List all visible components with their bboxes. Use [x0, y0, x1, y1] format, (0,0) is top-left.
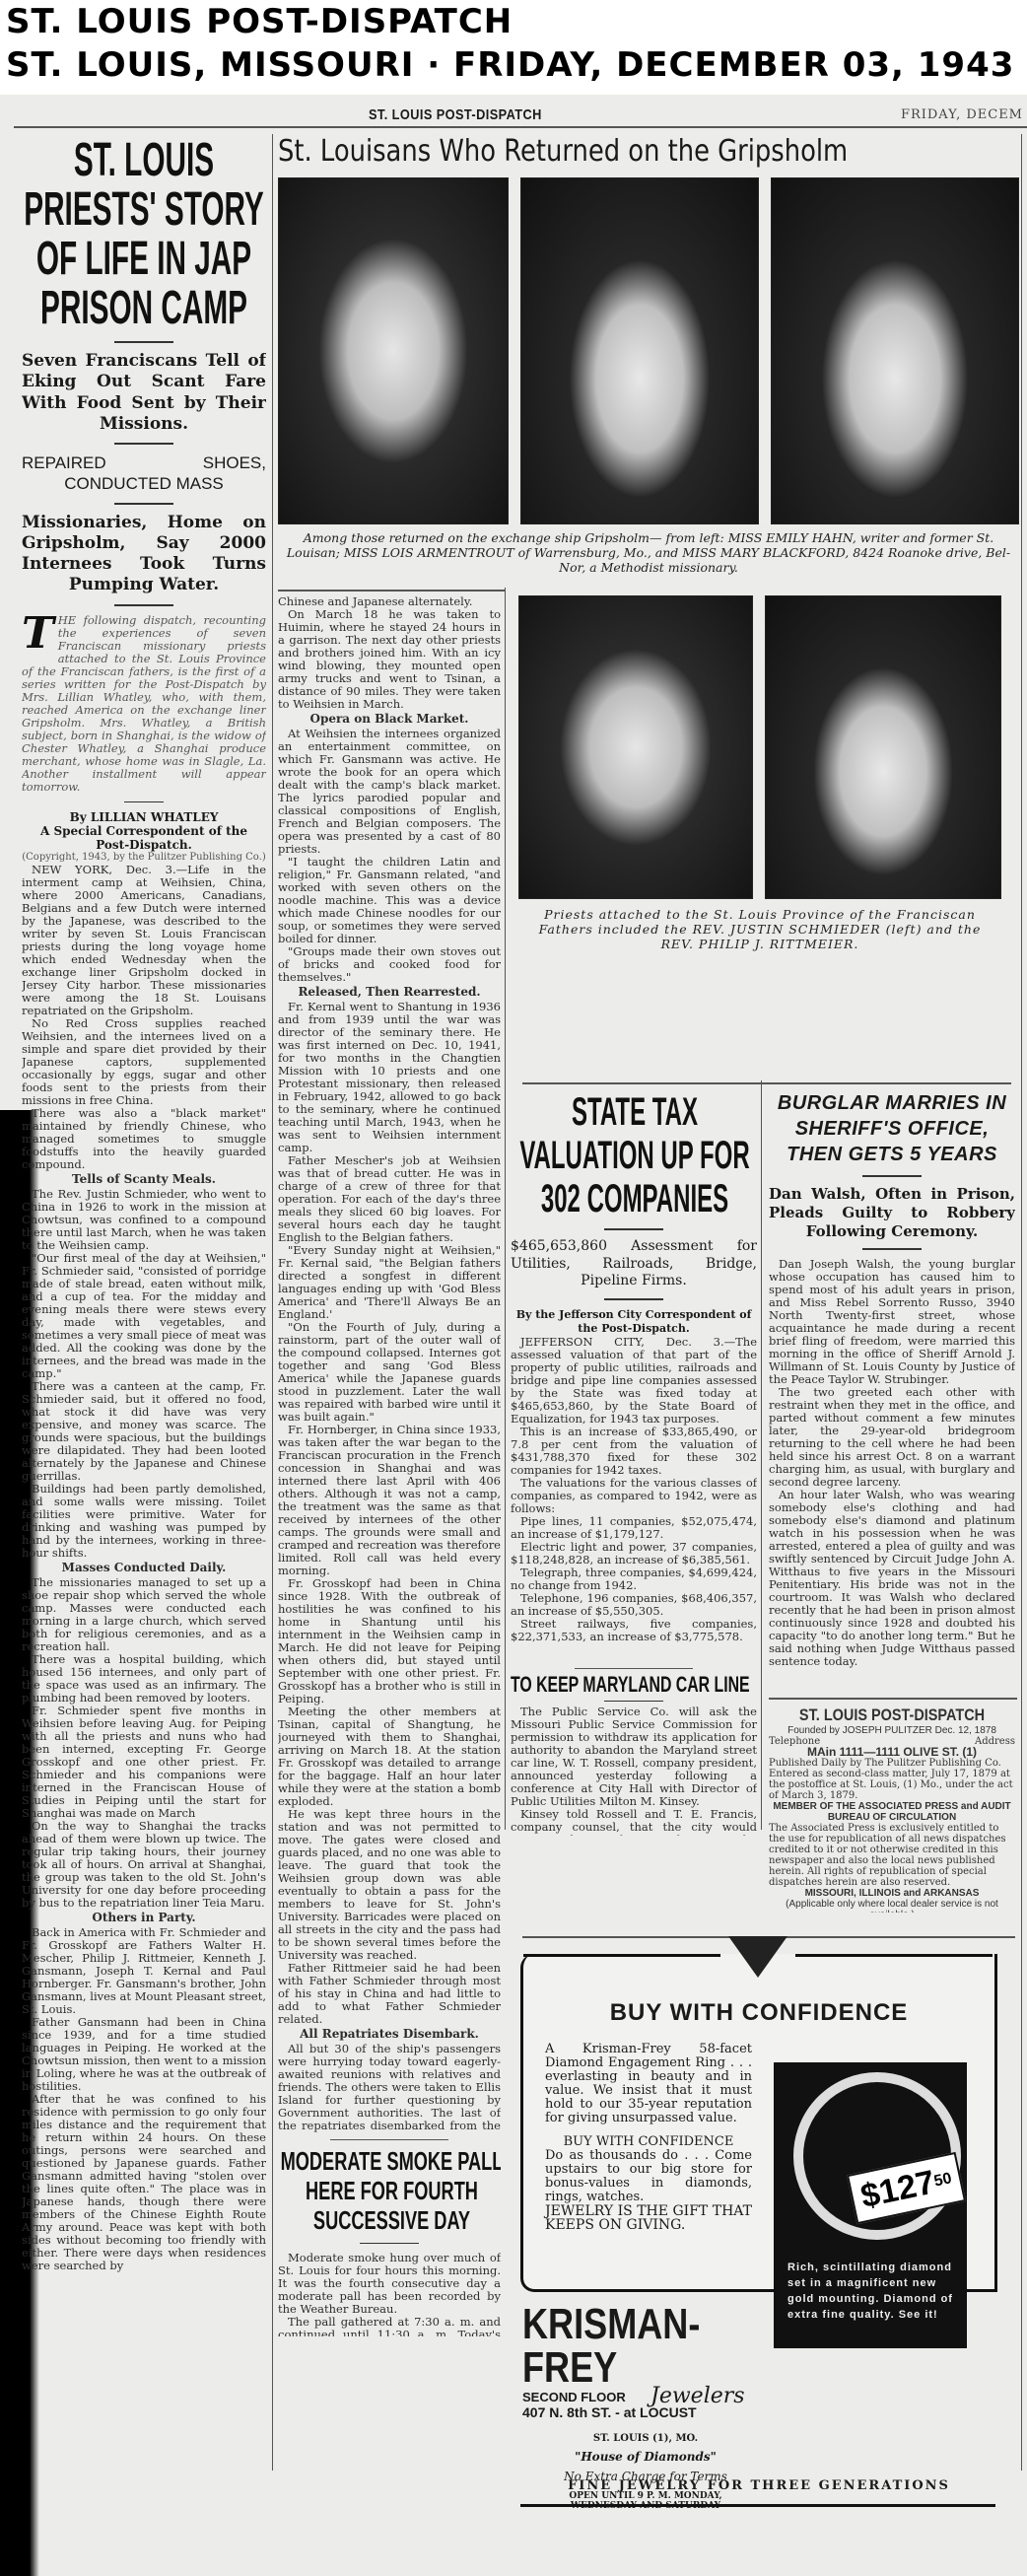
paragraph: Father Mescher's job at Weihsien was tha…: [278, 1154, 501, 1244]
subhead: Masses Conducted Daily.: [22, 1562, 266, 1574]
burglar-story: BURGLAR MARRIES IN SHERIFF'S OFFICE, THE…: [769, 1090, 1015, 1692]
ad-body-3: JEWELRY IS THE GIFT THAT KEEPS ON GIVING…: [545, 2204, 752, 2232]
priests-body-col2: Chinese and Japanese alternately. On Mar…: [278, 595, 501, 2133]
krisman-frey-ad: BUY WITH CONFIDENCE A Krisman-Frey 58-fa…: [520, 1954, 997, 2292]
car-line-headline: TO KEEP MARYLAND CAR LINE: [511, 1673, 757, 1697]
subhead: Tells of Scanty Meals.: [22, 1173, 266, 1186]
paragraph: The missionaries managed to set up a sho…: [22, 1576, 266, 1653]
burglar-headline: BURGLAR MARRIES IN SHERIFF'S OFFICE, THE…: [769, 1090, 1015, 1167]
paragraph: The pall gathered at 7:30 a. m. and cont…: [278, 2316, 501, 2336]
paragraph: "On the Fourth of July, during a rainsto…: [278, 1321, 501, 1424]
priests-story-column: ST. LOUIS PRIESTS' STORY OF LIFE IN JAP …: [22, 136, 266, 2571]
paragraph: Dan Joseph Walsh, the young burglar whos…: [769, 1258, 1015, 1386]
smoke-story: MODERATE SMOKE PALL HERE FOR FOURTH SUCC…: [278, 2139, 501, 2336]
car-line-story: TO KEEP MARYLAND CAR LINE The Public Ser…: [511, 1668, 757, 1836]
masthead: ST. LOUIS POST-DISPATCH FRIDAY, DECEM: [14, 104, 1027, 128]
price-dollars: $127: [857, 2163, 938, 2215]
section-rule: [278, 590, 505, 592]
divider: [124, 801, 164, 802]
subhead: All Repatriates Disembark.: [278, 2028, 501, 2041]
gripsholm-headline: St. Louisans Who Returned on the Gripsho…: [278, 134, 916, 170]
priests-story-headline: ST. LOUIS PRIESTS' STORY OF LIFE IN JAP …: [22, 136, 266, 333]
column-rule: [1021, 134, 1022, 2471]
section-rule: [769, 1698, 1017, 1700]
ring-illustration: $12750 Rich, scintillating diamond set i…: [774, 2062, 967, 2348]
paragraph: "Every Sunday night at Weihsien," Fr. Ke…: [278, 1244, 501, 1321]
byline-title: A Special Correspondent of the Post-Disp…: [22, 824, 266, 852]
paragraph: There was a canteen at the camp, Fr. Sch…: [22, 1380, 266, 1483]
paragraph: JEFFERSON CITY, Dec. 3.—The assessed val…: [511, 1336, 757, 1426]
divider: [604, 1298, 663, 1300]
subhead: Opera on Black Market.: [278, 713, 501, 726]
divider: [114, 503, 173, 505]
tax-body: JEFFERSON CITY, Dec. 3.—The assessed val…: [511, 1336, 757, 1643]
publisher-name: ST. LOUIS POST-DISPATCH: [787, 1706, 997, 1725]
photo-philip-rittmeier: [765, 595, 1001, 899]
ad-headline: BUY WITH CONFIDENCE: [523, 1999, 994, 2027]
paragraph: Back in America with Fr. Schmieder and F…: [22, 1926, 266, 2016]
paragraph: The valuations for the various classes o…: [511, 1477, 757, 1515]
ad-footer: FINE JEWELRY FOR THREE GENERATIONS: [532, 2478, 986, 2493]
byline: By LILLIAN WHATLEY: [22, 810, 266, 824]
column-rule: [505, 588, 506, 1830]
priests-deck-1: Seven Franciscans Tell of Eking Out Scan…: [22, 351, 266, 435]
paragraph: Street railways, five companies, $22,371…: [511, 1618, 757, 1643]
ad-tagline: "House of Diamonds": [522, 2450, 769, 2464]
paragraph: The two greeted each other with restrain…: [769, 1386, 1015, 1489]
subhead: Others in Party.: [22, 1912, 266, 1924]
photo-emily-hahn: [278, 177, 509, 524]
masthead-date: FRIDAY, DECEM: [901, 107, 1023, 122]
priests-deck-3: Missionaries, Home on Gripsholm, Say 200…: [22, 513, 266, 596]
paragraph: There was also a "black market" maintain…: [22, 1107, 266, 1171]
publisher-member: MEMBER OF THE ASSOCIATED PRESS and AUDIT…: [769, 1801, 1015, 1823]
divider: [604, 1228, 663, 1230]
ad-store-script: Jewelers: [650, 2384, 745, 2408]
priests-caption: Priests attached to the St. Louis Provin…: [520, 907, 999, 951]
publisher-ap-note: The Associated Press is exclusively enti…: [769, 1823, 1015, 1888]
ad-top-border: [795, 1954, 993, 1957]
paragraph: There was a hospital building, which hou…: [22, 1653, 266, 1705]
paragraph: "Groups made their own stoves out of bri…: [278, 945, 501, 984]
publisher-founded: Founded by JOSEPH PULITZER Dec. 12, 1878: [769, 1725, 1015, 1736]
address-label: Address: [975, 1736, 1015, 1747]
publisher-published: Published Daily by The Pulitzer Publishi…: [769, 1758, 1015, 1801]
priests-story-column-2: Chinese and Japanese alternately. On Mar…: [278, 595, 501, 2133]
paragraph: Kinsey told Rossell and T. E. Francis, c…: [511, 1808, 757, 1836]
paragraph: No Red Cross supplies reached Weihsien, …: [22, 1017, 266, 1107]
divider: [862, 1175, 922, 1177]
paragraph: NEW YORK, Dec. 3.—Life in the interment …: [22, 864, 266, 1017]
car-line-body: The Public Service Co. will ask the Miss…: [511, 1706, 757, 1836]
tax-story: STATE TAX VALUATION UP FOR 302 COMPANIES…: [511, 1090, 757, 1642]
priests-photo-pair: Priests attached to the St. Louis Provin…: [511, 595, 1019, 1079]
archive-title-banner: ST. LOUIS POST-DISPATCH ST. LOUIS, MISSO…: [0, 0, 1027, 95]
tax-headline: STATE TAX VALUATION UP FOR 302 COMPANIES: [511, 1090, 757, 1220]
ad-top-border: [523, 1954, 720, 1957]
ad-address-block: SECOND FLOOR Jewelers 407 N. 8th ST. - a…: [522, 2390, 769, 2425]
photo-lois-armentrout: [520, 177, 759, 524]
newspaper-page: ST. LOUIS POST-DISPATCH FRIDAY, DECEM ST…: [0, 95, 1027, 2576]
paragraph: "I taught the children Latin and religio…: [278, 856, 501, 945]
divider: [360, 2243, 419, 2244]
burglar-deck: Dan Walsh, Often in Prison, Pleads Guilt…: [769, 1185, 1015, 1240]
publisher-info-box: ST. LOUIS POST-DISPATCH Founded by JOSEP…: [769, 1706, 1015, 1913]
gripsholm-caption: Among those returned on the exchange shi…: [282, 530, 1015, 575]
publisher-phone: MAin 1111—1111 OLIVE ST. (1): [769, 1747, 1015, 1758]
divider: [862, 1248, 922, 1250]
tax-byline: By the Jefferson City Correspondent of t…: [511, 1308, 757, 1336]
banner-dateline: ST. LOUIS, MISSOURI · FRIDAY, DECEMBER 0…: [0, 43, 1027, 87]
column-rule: [761, 1080, 762, 1830]
ad-body-2: Do as thousands do . . . Come upstairs t…: [545, 2149, 752, 2204]
paragraph: Fr. Schmieder spent five months in Weihs…: [22, 1705, 266, 1820]
paragraph: He was kept three hours in the station a…: [278, 1808, 501, 1962]
paragraph: The Rev. Justin Schmieder, who went to C…: [22, 1188, 266, 1252]
copyright-line: (Copyright, 1943, by the Pulitzer Publis…: [22, 852, 266, 864]
ad-body-1: A Krisman-Frey 58-facet Diamond Engageme…: [545, 2043, 752, 2125]
ad-subhead: BUY WITH CONFIDENCE: [545, 2135, 752, 2149]
section-rule: [522, 1082, 1011, 1084]
paragraph: The Public Service Co. will ask the Miss…: [511, 1706, 757, 1808]
divider: [114, 604, 173, 606]
region-1: MISSOURI, ILLINOIS and ARKANSAS: [769, 1888, 1015, 1899]
editor-intro: T HE following dispatch, recounting the …: [22, 614, 266, 794]
paragraph: Fr. Grosskopf had been in China since 19…: [278, 1577, 501, 1706]
paragraph: Fr. Kernal went to Shantung in 1936 and …: [278, 1001, 501, 1154]
paragraph: At Weihsien the internees organized an e…: [278, 728, 501, 856]
ring-blurb: Rich, scintillating diamond set in a mag…: [787, 2260, 955, 2323]
paragraph: Telephone, 196 companies, $68,406,357, a…: [511, 1592, 757, 1618]
divider: [114, 443, 173, 445]
ad-bottom-border: [520, 2504, 995, 2507]
column-rule: [272, 134, 273, 2471]
paragraph: On March 18 he was taken to Huimin, wher…: [278, 608, 501, 711]
paragraph: "Our first meal of the day at Weihsien,"…: [22, 1252, 266, 1380]
priests-body-col1: NEW YORK, Dec. 3.—Life in the interment …: [22, 864, 266, 2272]
paragraph: Moderate smoke hung over much of St. Lou…: [278, 2252, 501, 2316]
smoke-body: Moderate smoke hung over much of St. Lou…: [278, 2252, 501, 2336]
smoke-headline: MODERATE SMOKE PALL HERE FOR FOURTH SUCC…: [278, 2146, 501, 2235]
paragraph: Pipe lines, 11 companies, $52,075,474, a…: [511, 1515, 757, 1541]
paragraph: An hour later Walsh, who was wearing som…: [769, 1489, 1015, 1668]
paragraph: Fr. Hornberger, in China since 1933, was…: [278, 1424, 501, 1577]
masthead-name: ST. LOUIS POST-DISPATCH: [369, 106, 542, 123]
price-cents: 50: [932, 2170, 953, 2190]
paragraph: Electric light and power, 37 companies, …: [511, 1541, 757, 1566]
ad-copy: A Krisman-Frey 58-facet Diamond Engageme…: [545, 2043, 752, 2232]
paragraph: After that he was confined to his reside…: [22, 2093, 266, 2272]
divider: [604, 1701, 663, 1702]
burglar-body: Dan Joseph Walsh, the young burglar whos…: [769, 1258, 1015, 1668]
diamond-icon: [728, 1936, 787, 1978]
intro-text: HE following dispatch, recounting the ex…: [22, 613, 266, 794]
ad-store-name: KRISMAN-FREY: [522, 2303, 724, 2390]
paragraph: Telegraph, three companies, $4,699,424, …: [511, 1566, 757, 1592]
photo-justin-schmieder: [518, 595, 753, 899]
priests-deck-2: REPAIRED SHOES, CONDUCTED MASS: [22, 453, 266, 495]
paragraph: All but 30 of the ship's passengers were…: [278, 2043, 501, 2133]
ad-hours: OPEN UNTIL 9 P. M. MONDAY, WEDNESDAY AND…: [542, 2491, 749, 2511]
paragraph: On the way to Shanghai the tracks ahead …: [22, 1820, 266, 1910]
paragraph: Father Rittmeier said he had been with F…: [278, 1962, 501, 2026]
divider: [575, 1668, 693, 1669]
photo-mary-blackford: [771, 177, 1019, 524]
paragraph: Father Gansmann had been in China since …: [22, 2016, 266, 2093]
divider: [114, 341, 173, 343]
tax-deck: $465,653,860 Assessment for Utilities, R…: [511, 1238, 757, 1290]
region-1-note: (Applicable only where local dealer serv…: [769, 1899, 1015, 1913]
drop-cap: T: [22, 614, 54, 654]
gripsholm-photo-spread: St. Louisans Who Returned on the Gripsho…: [278, 134, 1019, 588]
paragraph: Buildings had been partly demolished, an…: [22, 1483, 266, 1560]
banner-paper-name: ST. LOUIS POST-DISPATCH: [0, 0, 1027, 43]
paragraph: This is an increase of $33,865,490, or 7…: [511, 1426, 757, 1477]
ad-city: ST. LOUIS (1), MO.: [522, 2433, 769, 2444]
subhead: Released, Then Rearrested.: [278, 986, 501, 999]
paragraph: Meeting the other members at Tsinan, cap…: [278, 1706, 501, 1808]
divider: [330, 2139, 448, 2140]
